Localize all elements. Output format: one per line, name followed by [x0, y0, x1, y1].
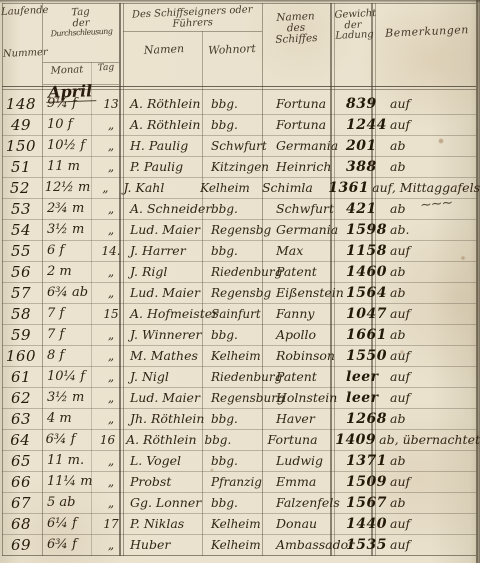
cell-ship-name: Patent [271, 264, 346, 279]
cell-day: 15 [96, 307, 126, 321]
cell-remark: auf [387, 306, 480, 321]
cell-owner-name: A. Röthlein [126, 96, 211, 111]
header-text: Bemerkungen [378, 24, 476, 40]
subheader-day: Tag [92, 63, 120, 74]
cell-residence: bbg. [211, 244, 271, 258]
cell-day: „ [96, 454, 126, 468]
cell-ship-name: Schimla [257, 180, 328, 195]
cell-running-number: 53 [0, 200, 42, 218]
cell-time: 10 f [42, 117, 96, 132]
cell-day: „ [96, 118, 126, 132]
cell-cargo-weight: leer [346, 369, 387, 385]
cell-running-number: 65 [0, 452, 42, 470]
cell-time: 6¾ ab [42, 285, 96, 300]
table-row: 54 3½ m „ Lud. Maier Regensbg Germania 1… [0, 219, 480, 240]
cell-owner-name: Probst [126, 474, 211, 489]
table-row: 64 6¾ f 16 A. Röthlein bbg. Fortuna 1409… [0, 429, 480, 450]
cell-remark: ab [387, 159, 480, 174]
cell-owner-name: A. Röthlein [122, 432, 204, 447]
header-ship-name: Namen des Schiffes [262, 11, 329, 47]
table-row: 53 2¾ m „ A. Schneider bbg. Schwfurt 421… [0, 198, 480, 219]
header-lock-passage-day: Tag der Durchschleusung [42, 6, 119, 39]
cell-remark: auf [387, 369, 480, 384]
cell-cargo-weight: 1047 [346, 306, 387, 322]
cell-remark: auf [387, 117, 480, 132]
header-text: Wohnort [203, 43, 261, 57]
cell-residence: Kitzingen [211, 160, 271, 174]
cell-time: 2 m [42, 264, 96, 279]
header-text: Durchschleusung [43, 27, 119, 39]
cell-day: „ [96, 412, 126, 426]
table-row: 66 11¼ m „ Probst Pfranzig Emma 1509 auf [0, 471, 480, 492]
cell-residence: bbg. [211, 328, 271, 342]
cell-residence: Sainfurt [211, 307, 271, 321]
cell-cargo-weight: 1268 [346, 411, 387, 427]
cell-day: „ [96, 538, 126, 552]
cell-remark: auf [387, 390, 480, 405]
cell-time: 10¼ f [42, 369, 96, 384]
table-row: 58 7 f 15 A. Hofmeister Sainfurt Fanny 1… [0, 303, 480, 324]
cell-day: „ [96, 265, 126, 279]
cell-running-number: 67 [0, 494, 42, 512]
cell-running-number: 69 [0, 536, 42, 554]
cell-ship-name: Donau [271, 516, 346, 531]
cell-residence: bbg. [211, 97, 271, 111]
table-row: 52 12½ m „ J. Kahl Kelheim Schimla 1361 … [0, 177, 480, 198]
cell-remark: auf [387, 474, 480, 489]
cell-ship-name: Fanny [271, 306, 346, 321]
cell-residence: Kelheim [211, 538, 271, 552]
header-text: Schiffes [263, 33, 329, 47]
cell-running-number: 51 [0, 158, 42, 176]
cell-ship-name: Schwfurt [271, 201, 346, 216]
cell-ship-name: Heinrich [271, 159, 346, 174]
cell-residence: Kelheim [211, 349, 271, 363]
cell-residence: Regensbg [211, 223, 271, 237]
cell-owner-name: Lud. Maier [126, 285, 211, 300]
cell-ship-name: Fortuna [262, 432, 335, 447]
cell-cargo-weight: 1158 [346, 243, 387, 259]
cell-time: 11 m. [42, 453, 96, 468]
cell-running-number: 58 [0, 305, 42, 323]
table-row: 57 6¾ ab „ Lud. Maier Regensbg Eißenstei… [0, 282, 480, 303]
cell-cargo-weight: 421 [346, 201, 387, 217]
cell-day: „ [96, 496, 126, 510]
table-row: 68 6¼ f 17 P. Niklas Kelheim Donau 1440 … [0, 513, 480, 534]
table-row: 49 10 f „ A. Röthlein bbg. Fortuna 1244 … [0, 114, 480, 135]
cell-residence: Kelheim [200, 181, 257, 195]
cell-ship-name: Haver [271, 411, 346, 426]
cell-time: 11¼ m [42, 474, 96, 489]
cell-owner-name: J. Harrer [126, 243, 211, 258]
cell-time: 6 f [42, 243, 96, 258]
cell-residence: bbg. [211, 118, 271, 132]
cell-ship-name: Fortuna [271, 96, 346, 111]
cell-day: 14. [96, 244, 126, 258]
cell-running-number: 59 [0, 326, 42, 344]
cell-cargo-weight: 1661 [346, 327, 387, 343]
cell-owner-name: H. Paulig [126, 138, 211, 153]
cell-cargo-weight: 1598 [346, 222, 387, 238]
cell-residence: Schwfurt [211, 139, 271, 153]
cell-running-number: 55 [0, 242, 42, 260]
cell-cargo-weight: 1567 [346, 495, 387, 511]
cell-running-number: 160 [0, 347, 42, 365]
cell-remark: auf [387, 96, 480, 111]
cell-ship-name: Eißenstein [271, 285, 346, 300]
cell-owner-name: P. Niklas [126, 516, 211, 531]
cell-residence: bbg. [204, 433, 262, 447]
cell-owner-name: Huber [126, 537, 211, 552]
cell-day: „ [96, 328, 126, 342]
cell-day: „ [96, 370, 126, 384]
cell-ship-name: Robinson [271, 348, 346, 363]
cell-residence: bbg. [211, 496, 271, 510]
cell-cargo-weight: 1361 [328, 180, 369, 196]
cell-owner-name: J. Nigl [126, 369, 211, 384]
table-body: 148 9¼ f 13 A. Röthlein bbg. Fortuna 839… [0, 93, 480, 555]
cell-ship-name: Holnstein [271, 390, 346, 405]
table-row: 65 11 m. „ L. Vogel bbg. Ludwig 1371 ab [0, 450, 480, 471]
cell-day: 13 [96, 97, 126, 111]
cell-time: 7 f [42, 327, 96, 342]
cell-residence: Riedenburg [211, 370, 271, 384]
cell-residence: Riedenburg [211, 265, 271, 279]
cell-running-number: 56 [0, 263, 42, 281]
cell-running-number: 62 [0, 389, 42, 407]
cell-remark: ab. [387, 222, 480, 237]
cell-cargo-weight: 201 [346, 138, 387, 154]
cell-time: 11 m [42, 159, 96, 174]
cell-remark: auf [387, 243, 480, 258]
cell-owner-name: A. Röthlein [126, 117, 211, 132]
cell-running-number: 63 [0, 410, 42, 428]
cell-residence: Regensbg [211, 286, 271, 300]
cell-day: „ [96, 475, 126, 489]
cell-time: 5 ab [42, 495, 96, 510]
cell-time: 4 m [42, 411, 96, 426]
subheader-month: Monat [44, 65, 90, 77]
ledger-page: Laufende Nummer Tag der Durchschleusung … [0, 0, 480, 563]
month-label: April [46, 81, 97, 103]
cell-owner-name: J. Winnerer [126, 327, 211, 342]
cell-ship-name: Max [271, 243, 346, 258]
header-text: Nummer [3, 48, 43, 60]
cell-cargo-weight: 1409 [335, 432, 376, 448]
cell-time: 6¾ f [42, 537, 96, 552]
cell-running-number: 66 [0, 473, 42, 491]
cell-time: 3½ m [42, 222, 96, 237]
cell-cargo-weight: 1460 [346, 264, 387, 280]
cell-owner-name: L. Vogel [126, 453, 211, 468]
subheader-residence: Wohnort [203, 43, 261, 57]
cell-owner-name: Lud. Maier [126, 222, 211, 237]
cell-owner-name: J. Kahl [120, 180, 201, 195]
cell-day: „ [96, 139, 126, 153]
subheader-name: Namen [128, 42, 200, 57]
cell-day: 17 [96, 517, 126, 531]
cell-ship-name: Germania [271, 138, 346, 153]
cell-time: 8 f [42, 348, 96, 363]
cell-running-number: 49 [0, 116, 42, 134]
cell-residence: bbg. [211, 202, 271, 216]
cell-day: „ [96, 286, 126, 300]
header-text: Namen [128, 42, 200, 57]
cell-ship-name: Emma [271, 474, 346, 489]
cell-owner-name: J. Rigl [126, 264, 211, 279]
cell-remark: ab [387, 264, 480, 279]
cell-owner-name: Jh. Röthlein [126, 411, 211, 426]
cell-running-number: 148 [0, 95, 42, 113]
grid-hline [2, 555, 476, 556]
cell-cargo-weight: 839 [346, 96, 387, 112]
cell-running-number: 61 [0, 368, 42, 386]
cell-owner-name: A. Schneider [126, 201, 211, 216]
header-text: Laufende [1, 6, 41, 18]
cell-remark: ab [387, 138, 480, 153]
grid-hline [2, 3, 476, 4]
cell-day: „ [96, 202, 126, 216]
cell-day: „ [91, 181, 119, 195]
cell-ship-name: Falzenfels [271, 495, 346, 510]
table-row: 69 6¾ f „ Huber Kelheim Ambassador 1535 … [0, 534, 480, 555]
cell-time: 6¾ f [41, 432, 93, 447]
cell-remark: ab [387, 327, 480, 342]
page-edge-top [0, 0, 480, 3]
cell-cargo-weight: leer [346, 390, 387, 406]
cell-running-number: 52 [0, 179, 40, 197]
table-row: 150 10½ f „ H. Paulig Schwfurt Germania … [0, 135, 480, 156]
table-row: 51 11 m „ P. Paulig Kitzingen Heinrich 3… [0, 156, 480, 177]
cell-residence: bbg. [211, 412, 271, 426]
table-row: 55 6 f 14. J. Harrer bbg. Max 1158 auf [0, 240, 480, 261]
header-text: Monat [44, 65, 90, 77]
cell-cargo-weight: 1440 [346, 516, 387, 532]
cell-remark: ab [387, 411, 480, 426]
cell-remark: auf [387, 516, 480, 531]
cell-running-number: 68 [0, 515, 42, 533]
cell-running-number: 150 [0, 137, 42, 155]
cell-ship-name: Germania [271, 222, 346, 237]
cell-time: 6¼ f [42, 516, 96, 531]
cell-ship-name: Ambassador [271, 537, 346, 552]
cell-owner-name: A. Hofmeister [126, 306, 211, 321]
cell-running-number: 57 [0, 284, 42, 302]
cell-cargo-weight: 1564 [346, 285, 387, 301]
cell-cargo-weight: 1244 [346, 117, 387, 133]
cell-day: 16 [93, 433, 122, 447]
cell-remark: auf [387, 348, 480, 363]
cell-cargo-weight: 388 [346, 159, 387, 175]
cell-running-number: 64 [0, 431, 41, 449]
cell-ship-name: Ludwig [271, 453, 346, 468]
cell-day: „ [96, 349, 126, 363]
cell-owner-name: Gg. Lonner [126, 495, 211, 510]
header-running-number: Laufende Nummer [1, 6, 43, 60]
cell-residence: Kelheim [211, 517, 271, 531]
header-text: Tag [92, 63, 120, 74]
cell-day: „ [96, 391, 126, 405]
cell-owner-name: M. Mathes [126, 348, 211, 363]
cell-time: 7 f [42, 306, 96, 321]
cell-time: 10½ f [42, 138, 96, 153]
cell-ship-name: Fortuna [271, 117, 346, 132]
table-row: 67 5 ab „ Gg. Lonner bbg. Falzenfels 156… [0, 492, 480, 513]
table-row: 160 8 f „ M. Mathes Kelheim Robinson 155… [0, 345, 480, 366]
cell-ship-name: Apollo [271, 327, 346, 342]
cell-owner-name: Lud. Maier [126, 390, 211, 405]
table-row: 63 4 m „ Jh. Röthlein bbg. Haver 1268 ab [0, 408, 480, 429]
cell-remark: ab [387, 495, 480, 510]
cell-time: 2¾ m [42, 201, 96, 216]
header-ship-owner: Des Schiffseigners oder Führers [123, 5, 263, 32]
header-cargo-weight: Gewicht der Ladung [334, 9, 371, 42]
cell-running-number: 54 [0, 221, 42, 239]
table-row: 56 2 m „ J. Rigl Riedenburg Patent 1460 … [0, 261, 480, 282]
cell-cargo-weight: 1371 [346, 453, 387, 469]
cell-residence: bbg. [211, 454, 271, 468]
table-row: 62 3½ m „ Lud. Maier Regensburg Holnstei… [0, 387, 480, 408]
header-text: Ladung [335, 30, 371, 42]
cell-cargo-weight: 1509 [346, 474, 387, 490]
cell-day: „ [96, 223, 126, 237]
cell-remark: ab [387, 453, 480, 468]
grid-hline [123, 31, 262, 32]
cell-residence: Pfranzig [211, 475, 271, 489]
cell-cargo-weight: 1535 [346, 537, 387, 553]
cell-day: „ [96, 160, 126, 174]
cell-remark: auf [387, 537, 480, 552]
cell-owner-name: P. Paulig [126, 159, 211, 174]
table-row: 59 7 f „ J. Winnerer bbg. Apollo 1661 ab [0, 324, 480, 345]
cell-cargo-weight: 1550 [346, 348, 387, 364]
cell-remark: ab [387, 285, 480, 300]
cell-ship-name: Patent [271, 369, 346, 384]
cell-remark: ab, übernachtet [376, 432, 480, 447]
cell-residence: Regensburg [211, 391, 271, 405]
cell-time: 3½ m [42, 390, 96, 405]
cell-time: 12½ m [40, 180, 91, 195]
table-row: 61 10¼ f „ J. Nigl Riedenburg Patent lee… [0, 366, 480, 387]
header-remarks: Bemerkungen [378, 24, 476, 40]
